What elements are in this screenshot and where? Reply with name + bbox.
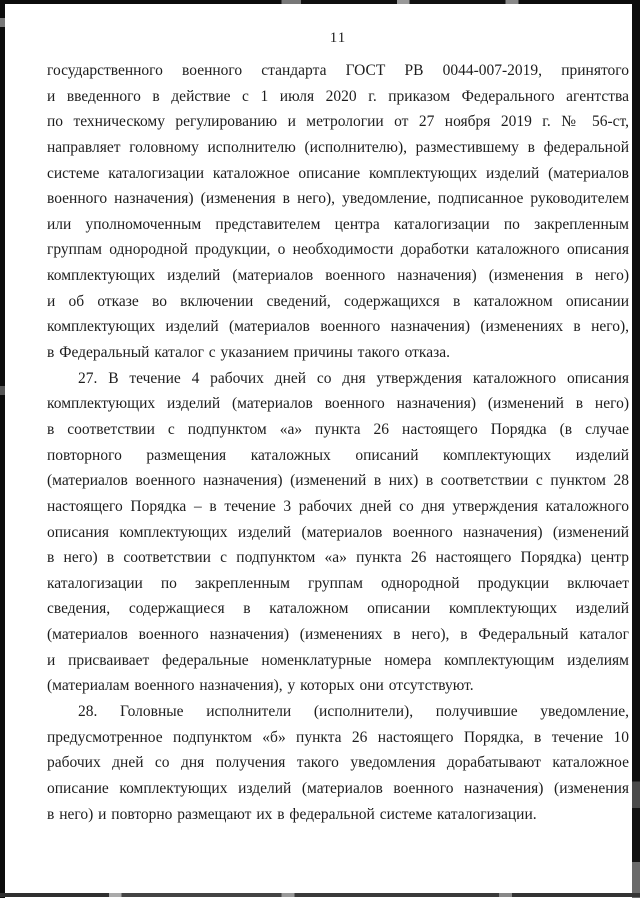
text-line: предусмотренное подпунктом «б» пункта 26… [47,725,629,751]
document-page: 11 государственного военного стандарта Г… [0,0,640,898]
text-line: повторного размещения каталожных описани… [47,443,629,469]
scan-border-right [632,0,640,898]
text-line: сведения, содержащиеся в каталожном опис… [47,596,629,622]
text-line: рабочих дней со дня получения такого уве… [47,750,629,776]
text-line: и присваивает федеральные номенклатурные… [47,648,629,674]
text-line: направляет головному исполнителю (исполн… [47,135,629,161]
text-line: в Федеральный каталог с указанием причин… [47,340,629,366]
text-line: настоящего Порядка – в течение 3 рабочих… [47,494,629,520]
text-line: описание комплектующих изделий (материал… [47,776,629,802]
text-line: системе каталогизации каталожное описани… [47,161,629,187]
text-line: и об отказе во включении сведений, содер… [47,289,629,315]
text-line: 28. Головные исполнители (исполнители), … [47,699,629,725]
text-line: описания комплектующих изделий (материал… [47,520,629,546]
text-line: по техническому регулированию и метролог… [47,109,629,135]
text-line: каталогизации по закрепленным группам од… [47,571,629,597]
scan-border-bottom [0,893,640,897]
text-line: в него) и повторно размещают их в федера… [47,802,629,828]
text-line: комплектующих изделий (материалов военно… [47,391,629,417]
text-line: или уполномоченным представителем центра… [47,212,629,238]
text-line: в него) в соответствии с подпунктом «а» … [47,545,629,571]
text-line: группам однородной продукции, о необходи… [47,237,629,263]
document-text: 11 государственного военного стандарта Г… [47,0,629,827]
text-line: и введенного в действие с 1 июля 2020 г.… [47,84,629,110]
scan-border-left [0,0,5,898]
text-line: (материалов военного назначения) (измене… [47,622,629,648]
text-line: (материалам военного назначения), у кото… [47,673,629,699]
text-line: государственного военного стандарта ГОСТ… [47,58,629,84]
page-number: 11 [47,27,629,49]
text-line: (материалов военного назначения) (измене… [47,468,629,494]
text-line: 27. В течение 4 рабочих дней со дня утве… [47,366,629,392]
text-line: комплектующих изделий (материалов военно… [47,263,629,289]
text-line: комплектующих изделий (материалов военно… [47,314,629,340]
text-line: в соответствии с подпунктом «а» пункта 2… [47,417,629,443]
text-line: военного назначения) (изменения в него),… [47,186,629,212]
